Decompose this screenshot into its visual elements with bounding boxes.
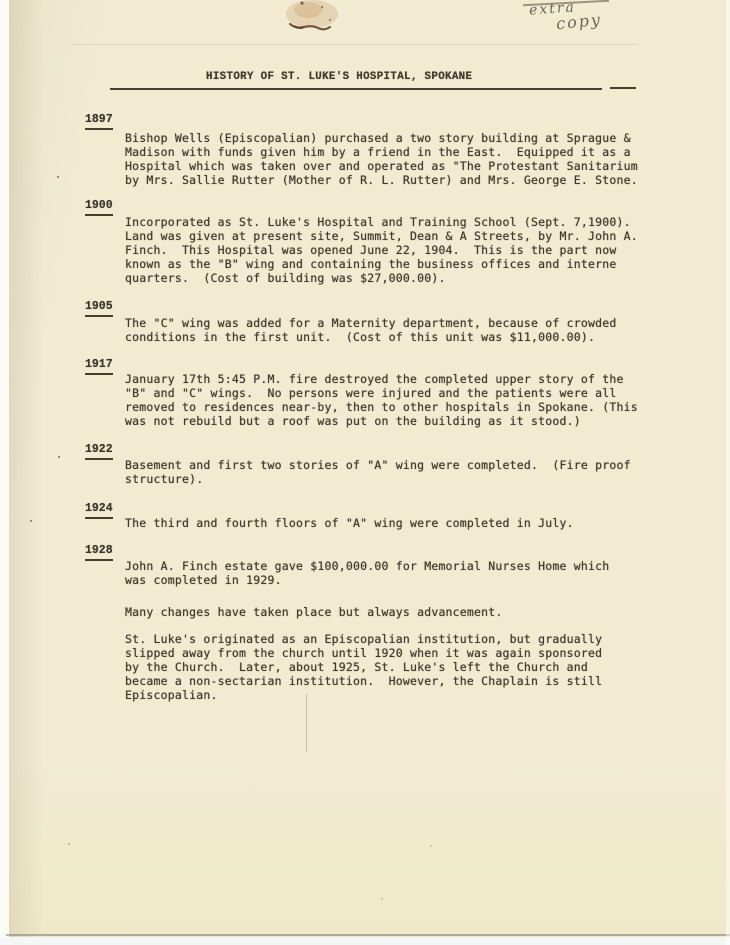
- stain-mark: [278, 0, 348, 40]
- year-heading-1905: 1905: [85, 301, 113, 317]
- scan-speck: [57, 176, 59, 178]
- scan-left-shadow: [9, 0, 43, 945]
- year-heading-1917: 1917: [85, 359, 113, 375]
- document-title: HISTORY OF ST. LUKE'S HOSPITAL, SPOKANE: [206, 71, 472, 83]
- document-page: extra copy HISTORY OF ST. LUKE'S HOSPITA…: [0, 0, 730, 945]
- title-underline-dash: [610, 87, 636, 89]
- scan-right-edge: [726, 0, 730, 945]
- year-heading-1900: 1900: [85, 200, 113, 216]
- title-underline: [110, 88, 602, 90]
- year-heading-1924: 1924: [85, 503, 113, 519]
- scan-speck: [381, 898, 383, 900]
- section-body-1922: Basement and first two stories of "A" wi…: [125, 458, 631, 486]
- closing-paragraph-1: Many changes have taken place but always…: [125, 605, 503, 619]
- scan-faint-line: [72, 44, 638, 45]
- year-heading-1928: 1928: [85, 545, 113, 561]
- section-body-1897: Bishop Wells (Episcopalian) purchased a …: [125, 131, 638, 187]
- section-body-1905: The "C" wing was added for a Maternity d…: [125, 316, 617, 344]
- paper-crease: [306, 694, 307, 752]
- closing-paragraph-2: St. Luke's originated as an Episcopalian…: [125, 632, 602, 702]
- handwritten-note-word2: copy: [555, 10, 603, 34]
- scan-bottom-edge: [0, 937, 730, 945]
- year-heading-1897: 1897: [85, 114, 113, 130]
- scan-left-edge: [0, 0, 9, 945]
- scan-speck: [68, 843, 70, 845]
- scan-speck: [30, 520, 32, 522]
- section-body-1900: Incorporated as St. Luke's Hospital and …: [125, 215, 638, 285]
- section-body-1917: January 17th 5:45 P.M. fire destroyed th…: [125, 372, 638, 428]
- section-body-1924: The third and fourth floors of "A" wing …: [125, 516, 574, 530]
- scan-speck: [430, 845, 432, 847]
- scan-bottom-line: [6, 934, 730, 936]
- section-body-1928: John A. Finch estate gave $100,000.00 fo…: [125, 559, 609, 587]
- year-heading-1922: 1922: [85, 444, 113, 460]
- scan-speck: [58, 456, 60, 458]
